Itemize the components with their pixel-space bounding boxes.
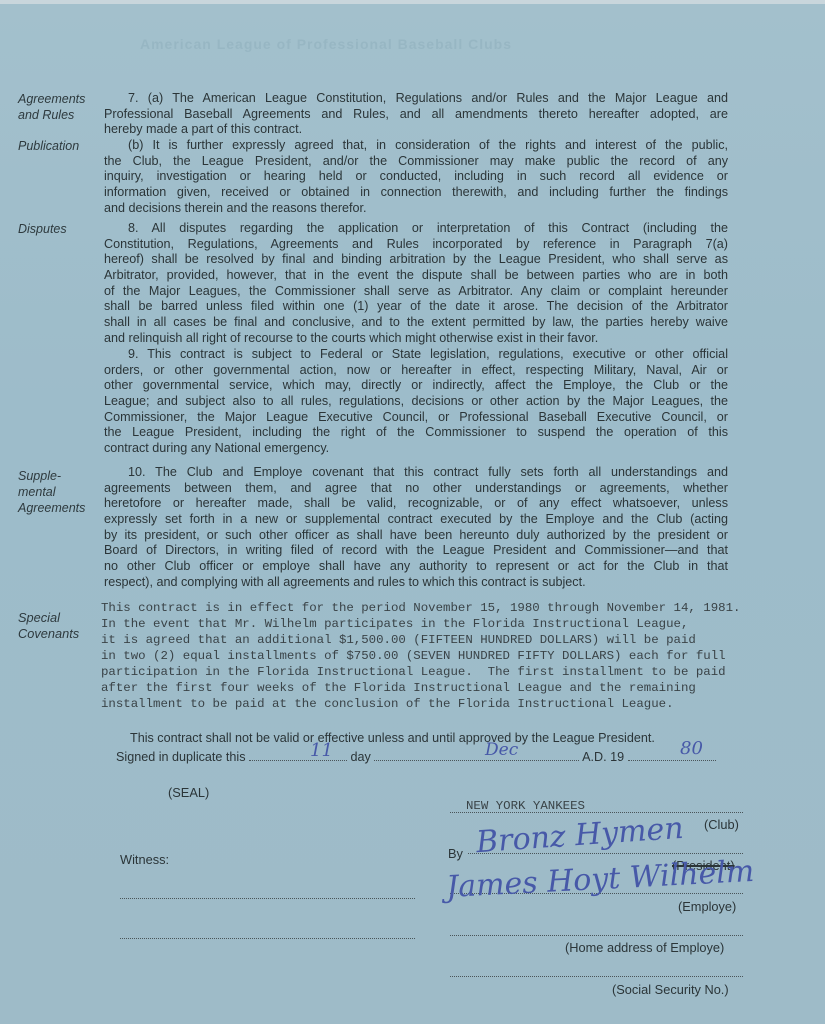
handwritten-year: 80 [680,738,703,759]
paragraph-line: Constitution, Regulations, Agreements an… [104,237,728,253]
paragraph-8: 8. All disputes regarding the applicatio… [104,221,728,347]
witness-line-1[interactable] [120,898,415,899]
margin-label-line: Covenants [18,626,79,642]
paragraph-line: contract during any National emergency. [104,441,728,457]
witness-line-2[interactable] [120,938,415,939]
paragraph-line: shall in all cases be final and conclusi… [104,315,728,331]
page-edge [0,0,825,4]
paragraph-line: League; and subject also to all rules, r… [104,394,728,410]
club-name: NEW YORK YANKEES [466,799,585,813]
home-address-line[interactable] [450,935,743,936]
seal-label: (SEAL) [168,785,209,800]
ssn-caption: (Social Security No.) [612,982,729,997]
special-covenant-line: in two (2) equal installments of $750.00… [101,648,821,664]
paragraph-line: 7. (a) The American League Constitution,… [104,91,728,107]
home-address-caption: (Home address of Employe) [565,940,724,955]
paragraph-line: the League President, including the righ… [104,425,728,441]
paragraph-line: agreements between them, and agree that … [104,481,728,497]
paragraph-line: inquiry, investigation or hearing held o… [104,169,728,185]
paragraph-line: Professional Baseball Agreements and Rul… [104,107,728,123]
paragraph-10: 10. The Club and Employe covenant that t… [104,465,728,591]
paragraph-line: other governmental service, which may, d… [104,378,728,394]
employe-signature: James Hoyt Wilhelm [445,854,755,905]
month-field[interactable] [374,748,579,761]
signed-in-duplicate-line: Signed in duplicate this day A.D. 19 [116,748,716,764]
margin-label-line: Agreements [18,500,85,516]
paragraph-line: 9. This contract is subject to Federal o… [104,347,728,363]
ad-label: A.D. 19 [582,750,624,764]
special-covenants-text: This contract is in effect for the perio… [101,600,821,712]
paragraph-line: orders, or other governmental action, no… [104,363,728,379]
by-label: By [448,846,463,861]
margin-label-line: Special [18,610,79,626]
paragraph-line: respect), and complying with all agreeme… [104,575,728,591]
paragraph-line: (b) It is further expressly agreed that,… [104,138,728,154]
paragraph-line: shall be barred unless filed within one … [104,299,728,315]
special-covenant-line: In the event that Mr. Wilhelm participat… [101,616,821,632]
day-label: day [351,750,371,764]
handwritten-month: Dec [485,740,518,760]
validity-statement: This contract shall not be valid or effe… [130,731,655,745]
margin-label-line: mental [18,484,85,500]
margin-label-disputes: Disputes [18,221,67,237]
paragraph-line: Arbitrator, provided, however, that in t… [104,268,728,284]
signed-prefix: Signed in duplicate this [116,750,246,764]
special-covenant-line: participation in the Florida Instruction… [101,664,821,680]
margin-label-line: and Rules [18,107,85,123]
paragraph-line: 8. All disputes regarding the applicatio… [104,221,728,237]
paragraph-7b: (b) It is further expressly agreed that,… [104,138,728,216]
paragraph-line: Commissioner, the Major League Executive… [104,410,728,426]
special-covenant-line: This contract is in effect for the perio… [101,600,821,616]
club-line[interactable] [450,812,743,813]
special-covenant-line: installment to be paid at the conclusion… [101,696,821,712]
paragraph-7a: 7. (a) The American League Constitution,… [104,91,728,138]
paragraph-line: Board of Directors, in writing filed of … [104,543,728,559]
witness-label: Witness: [120,852,169,867]
ssn-line[interactable] [450,976,743,977]
paragraph-line: by its president, or such other officer … [104,528,728,544]
club-caption: (Club) [704,817,739,832]
paragraph-line: and decisions therein and the reasons th… [104,201,728,217]
margin-label-line: Supple- [18,468,85,484]
paragraph-line: heretofore or hereafter made, shall be v… [104,496,728,512]
paragraph-line: hereby made a part of this contract. [104,122,728,138]
paragraph-9: 9. This contract is subject to Federal o… [104,347,728,457]
margin-label-line: Agreements [18,91,85,107]
paragraph-line: no other Club officer or employe shall h… [104,559,728,575]
paragraph-line: and relinquish all right of recourse to … [104,331,728,347]
contract-page: American League of Professional Baseball… [0,0,825,1024]
special-covenant-line: it is agreed that an additional $1,500.0… [101,632,821,648]
handwritten-day: 11 [310,740,333,761]
bleed-through-title: American League of Professional Baseball… [140,36,700,54]
special-covenant-line: after the first four weeks of the Florid… [101,680,821,696]
margin-label-publication: Publication [18,138,79,154]
paragraph-line: information given, received or obtained … [104,185,728,201]
margin-label-agreements-rules: Agreements and Rules [18,91,85,123]
paragraph-line: the Club, the League President, and/or t… [104,154,728,170]
paragraph-line: hereof) shall be resolved by final and b… [104,252,728,268]
margin-label-supplemental: Supple- mental Agreements [18,468,85,516]
employe-caption: (Employe) [678,899,736,914]
margin-label-special-covenants: Special Covenants [18,610,79,642]
paragraph-line: of the Major Leagues, the Commissioner s… [104,284,728,300]
paragraph-line: 10. The Club and Employe covenant that t… [104,465,728,481]
paragraph-line: expressly set forth in a new or suppleme… [104,512,728,528]
